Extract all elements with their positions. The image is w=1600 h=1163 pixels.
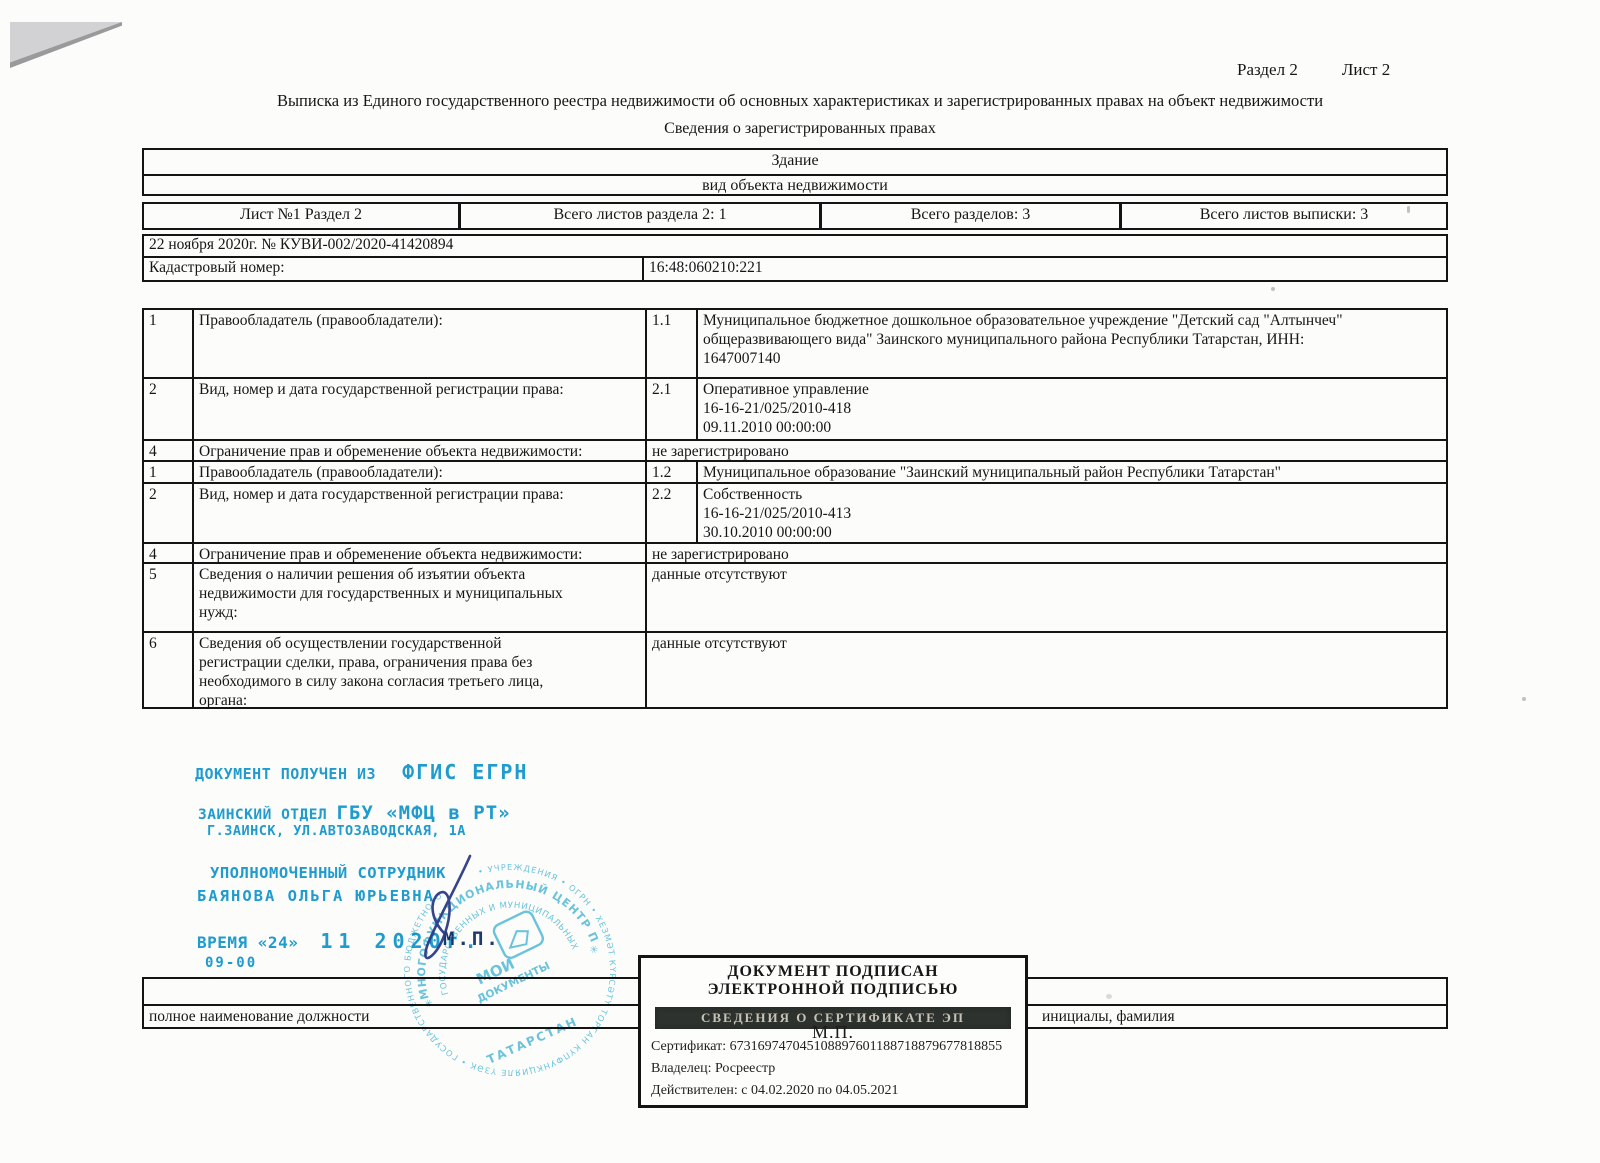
sheet-label: Лист 2 (1342, 60, 1390, 80)
row-num: 4 (144, 441, 192, 460)
handwritten-signature (400, 840, 525, 975)
certificate-validity: Действителен: с 04.02.2020 по 04.05.2021 (651, 1080, 1002, 1102)
cadastral-table: Кадастровый номер: 16:48:060210:221 (142, 256, 1448, 282)
received-stamp-line: ДОКУМЕНТ ПОЛУЧЕН ИЗФГИС ЕГРН (195, 760, 528, 784)
row-num: 2 (144, 484, 192, 542)
table-row: 2 Вид, номер и дата государственной реги… (144, 482, 1446, 542)
row-value: Муниципальное бюджетное дошкольное образ… (696, 310, 1446, 377)
row-subnum: 2.1 (645, 379, 696, 439)
table-row: 4 Ограничение прав и обременение объекта… (144, 542, 1446, 562)
row-num: 1 (144, 310, 192, 377)
table-row: 5 Сведения о наличии решения об изъятии … (144, 562, 1446, 631)
row-value: не зарегистрировано (645, 544, 1446, 562)
esign-title-line1: ДОКУМЕНТ ПОДПИСАН (641, 963, 1025, 981)
row-label: Вид, номер и дата государственной регист… (192, 484, 645, 542)
esignature-box: ДОКУМЕНТ ПОДПИСАН ЭЛЕКТРОННОЙ ПОДПИСЬЮ С… (638, 955, 1028, 1108)
svg-text:✳: ✳ (589, 944, 600, 957)
scanned-egrn-extract-page: Раздел 2 Лист 2 Выписка из Единого госуд… (0, 0, 1600, 1163)
stamp-department-line: ЗАИНСКИЙ ОТДЕЛ ГБУ «МФЦ в РТ» (198, 802, 511, 824)
row-label: Вид, номер и дата государственной регист… (192, 379, 645, 439)
row-label: Правообладатель (правообладатели): (192, 462, 645, 482)
rights-table: 1 Правообладатель (правообладатели): 1.1… (142, 308, 1448, 709)
received-source: ФГИС ЕГРН (402, 760, 528, 784)
received-label: ДОКУМЕНТ ПОЛУЧЕН ИЗ (195, 765, 376, 783)
svg-text:✳: ✳ (423, 998, 434, 1011)
row-value: данные отсутствуют (645, 564, 1446, 631)
row-label: Ограничение прав и обременение объекта н… (192, 544, 645, 562)
row-label: Сведения об осуществлении государственно… (192, 633, 645, 707)
table-row: 4 Ограничение прав и обременение объекта… (144, 439, 1446, 460)
meta-sheets-total: Всего листов выписки: 3 (1119, 204, 1446, 228)
row-num: 2 (144, 379, 192, 439)
table-row: 6 Сведения об осуществлении государствен… (144, 631, 1446, 707)
sheet-meta-table: Лист №1 Раздел 2 Всего листов раздела 2:… (142, 202, 1448, 230)
footer-right-caption: инициалы, фамилия (1042, 1007, 1175, 1026)
row-subnum: 1.2 (645, 462, 696, 482)
row-value: Муниципальное образование "Заинский муни… (696, 462, 1446, 482)
meta-sheet-section: Лист №1 Раздел 2 (144, 204, 458, 228)
table-row: 1 Правообладатель (правообладатели): 1.2… (144, 460, 1446, 482)
document-subtitle: Сведения о зарегистрированных правах (0, 120, 1600, 138)
department-org: ГБУ «МФЦ в РТ» (336, 802, 510, 824)
meta-sections-total: Всего разделов: 3 (819, 204, 1119, 228)
cadastral-label: Кадастровый номер: (144, 258, 642, 280)
document-title: Выписка из Единого государственного реес… (0, 91, 1600, 111)
row-num: 4 (144, 544, 192, 562)
stamp-time-value: 09-00 (205, 955, 257, 971)
row-label: Ограничение прав и обременение объекта н… (192, 441, 645, 460)
cadastral-value: 16:48:060210:221 (642, 258, 1446, 280)
object-type-caption: вид объекта недвижимости (144, 176, 1446, 194)
scan-speck (1271, 287, 1275, 291)
object-type-value: Здание (144, 150, 1446, 174)
table-row: 1 Правообладатель (правообладатели): 1.1… (144, 310, 1446, 377)
object-type-table: Здание вид объекта недвижимости (142, 148, 1448, 196)
esign-certificate-details: Сертификат: 6731697470451088976011887188… (651, 1036, 1002, 1102)
footer-left-caption: полное наименование должности (149, 1008, 369, 1025)
time-label: ВРЕМЯ «24» (197, 933, 298, 952)
doc-number-value: 22 ноября 2020г. № КУВИ-002/2020-4142089… (144, 236, 1446, 256)
certificate-owner: Владелец: Росреестр (651, 1058, 1002, 1080)
row-num: 1 (144, 462, 192, 482)
table-row: 2 Вид, номер и дата государственной реги… (144, 377, 1446, 439)
row-label: Правообладатель (правообладатели): (192, 310, 645, 377)
doc-number-table: 22 ноября 2020г. № КУВИ-002/2020-4142089… (142, 234, 1448, 258)
row-value: данные отсутствуют (645, 633, 1446, 707)
row-value: Оперативное управление 16-16-21/025/2010… (696, 379, 1446, 439)
row-num: 5 (144, 564, 192, 631)
section-sheet-header: Раздел 2 Лист 2 (1237, 60, 1390, 80)
meta-sheets-of-section: Всего листов раздела 2: 1 (458, 204, 819, 228)
esign-title-line2: ЭЛЕКТРОННОЙ ПОДПИСЬЮ (641, 981, 1025, 999)
stamp-address-line: Г.ЗАИНСК, УЛ.АВТОЗАВОДСКАЯ, 1А (207, 823, 466, 839)
scan-speck (1522, 697, 1526, 701)
section-label: Раздел 2 (1237, 60, 1298, 80)
row-value: Собственность 16-16-21/025/2010-413 30.1… (696, 484, 1446, 542)
row-subnum: 1.1 (645, 310, 696, 377)
row-num: 6 (144, 633, 192, 707)
row-label: Сведения о наличии решения об изъятии об… (192, 564, 645, 631)
department-label: ЗАИНСКИЙ ОТДЕЛ (198, 807, 327, 823)
certificate-number: Сертификат: 6731697470451088976011887188… (651, 1036, 1002, 1058)
row-subnum: 2.2 (645, 484, 696, 542)
row-value: не зарегистрировано (645, 441, 1446, 460)
